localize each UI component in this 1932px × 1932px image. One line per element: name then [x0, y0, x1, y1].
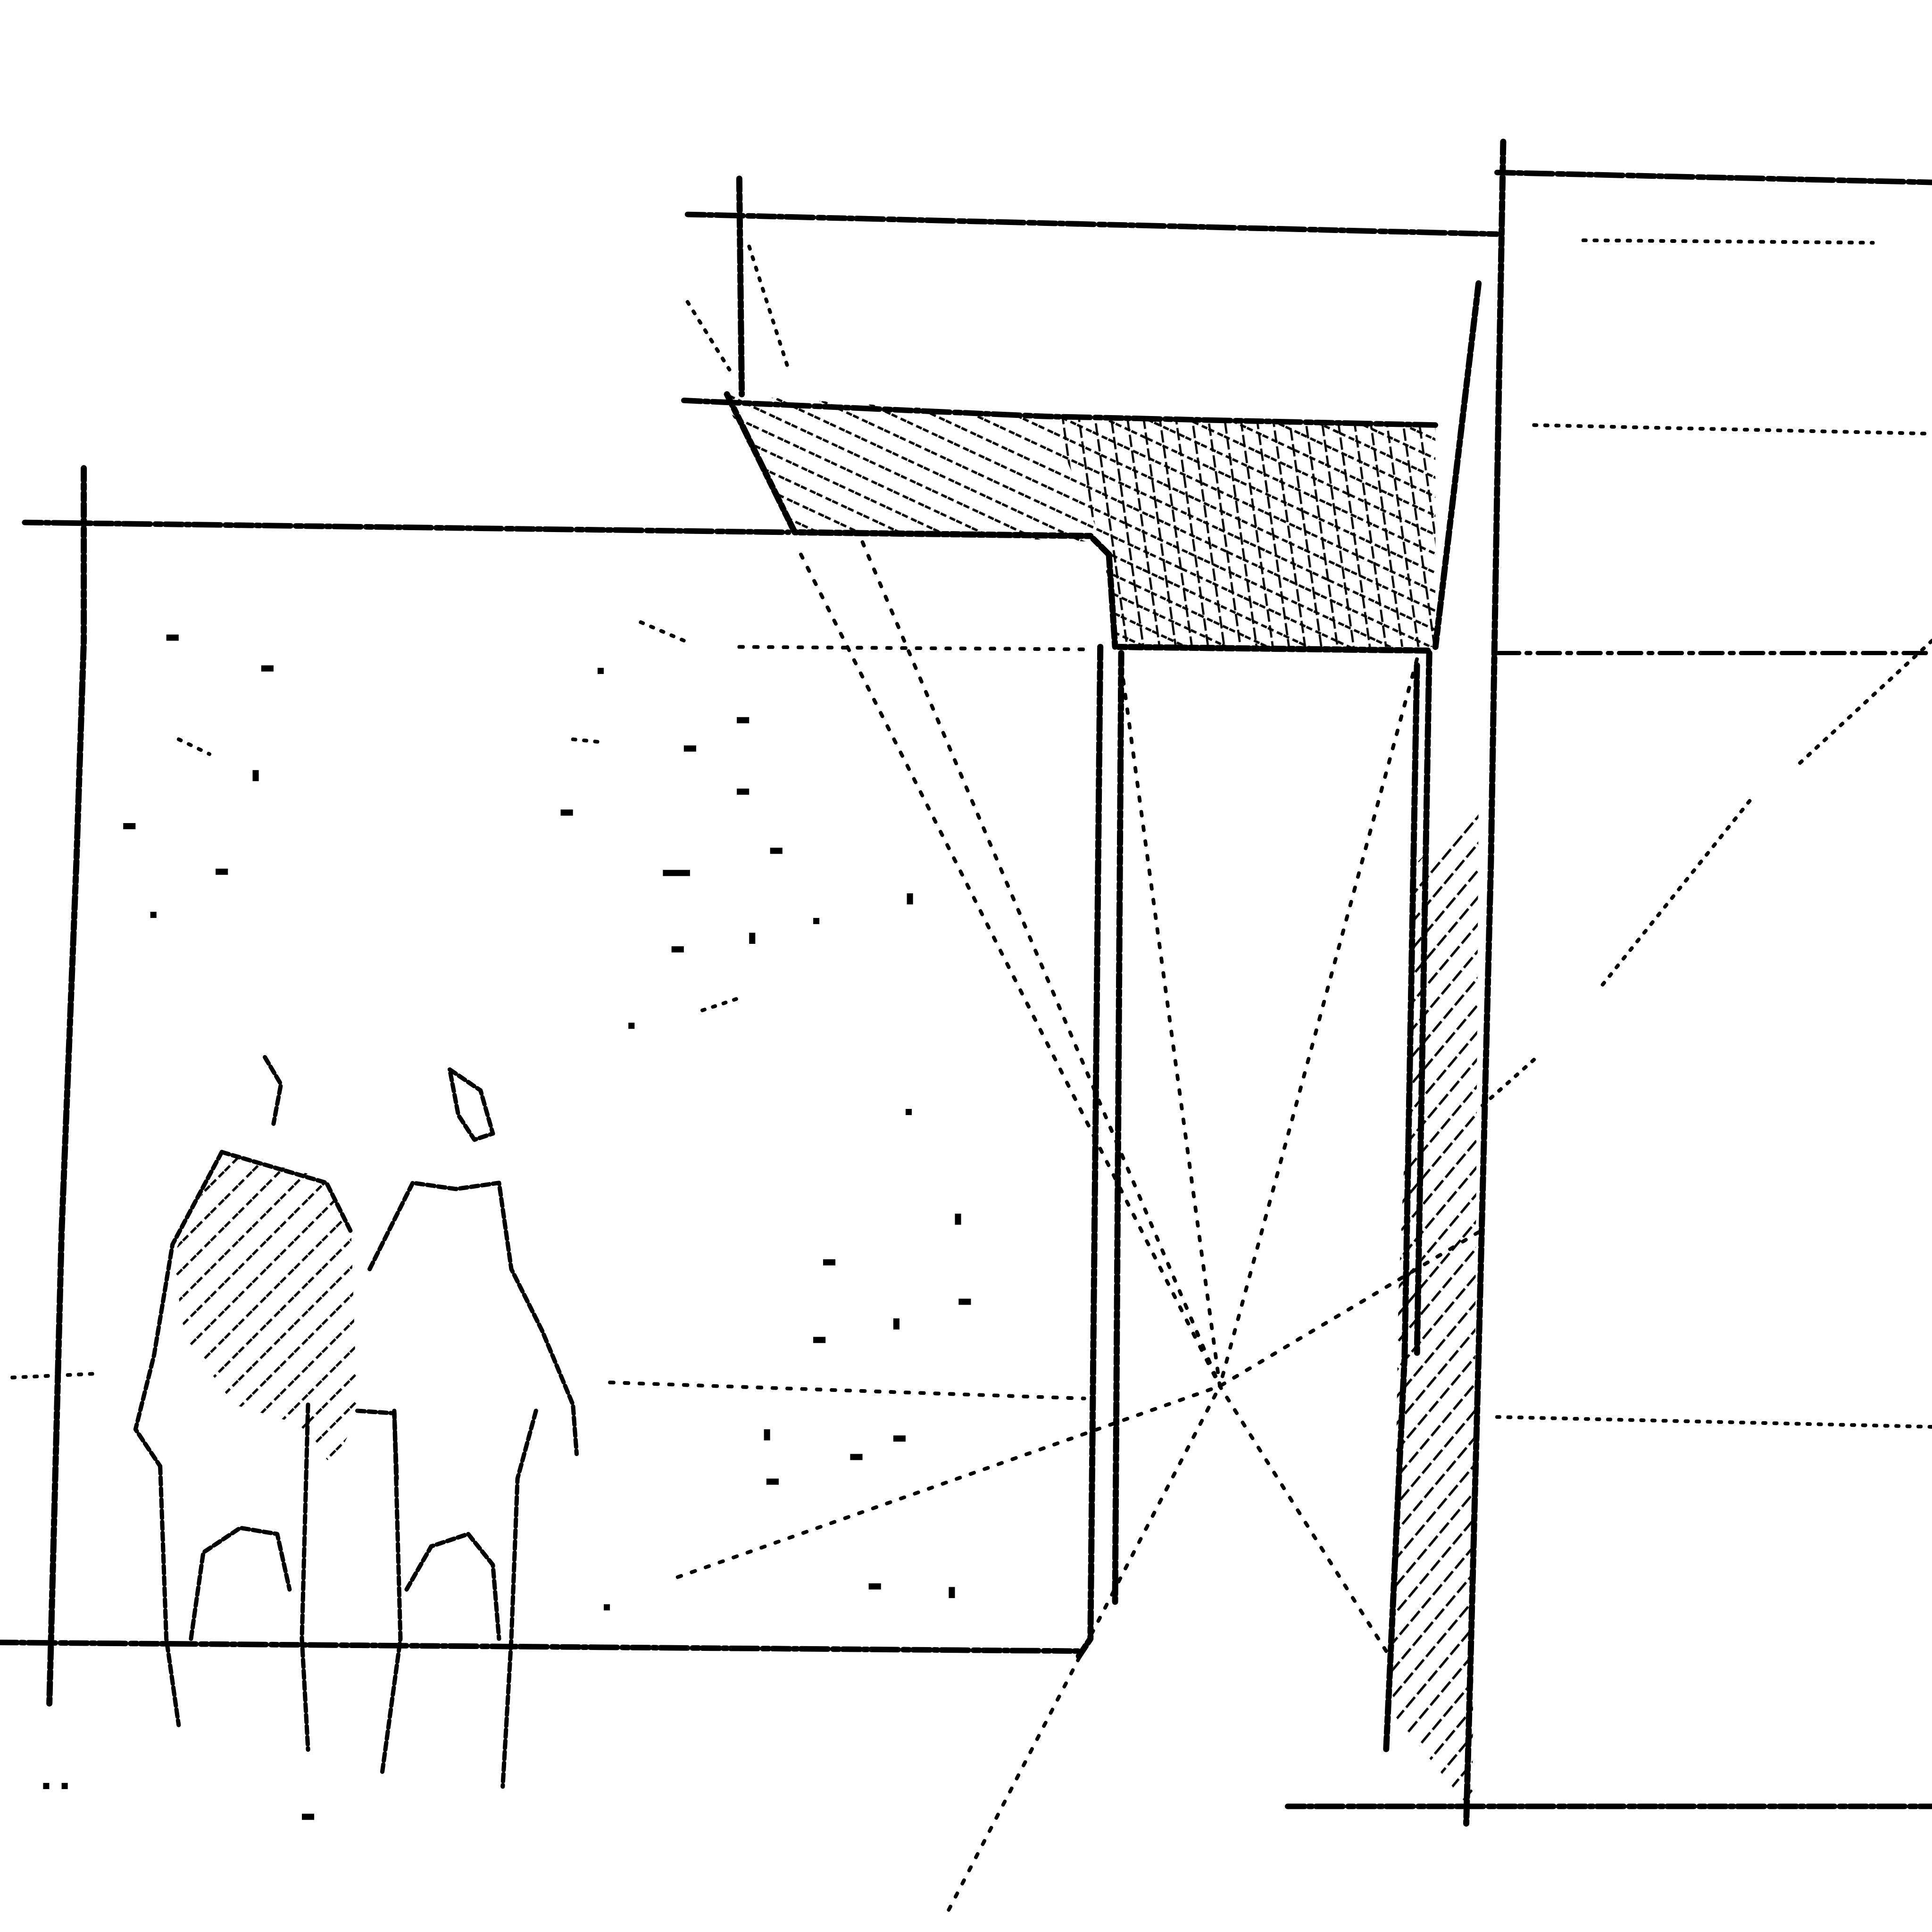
entrance-canopy-slab: [684, 179, 1497, 650]
right-building-facade: [1479, 173, 1932, 1427]
doorway-frame: [1078, 647, 1429, 1657]
figure-right: [370, 1069, 577, 1786]
architectural-sketch: [0, 0, 1932, 1932]
right-pillar: [1386, 142, 1503, 1824]
perspective-construction-lines: [610, 542, 1479, 1910]
